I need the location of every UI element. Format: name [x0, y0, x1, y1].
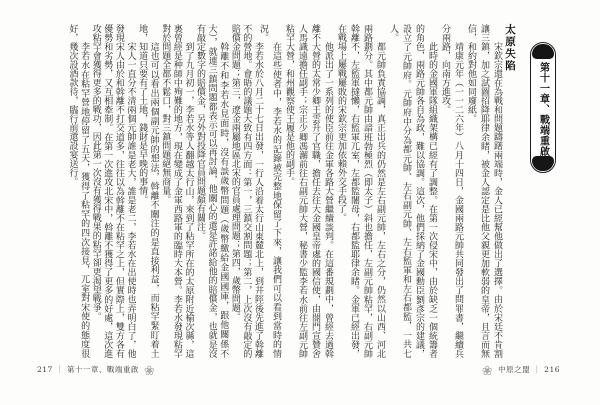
paragraph: 李若水於八月二十七日出發，一行人沿着太行山東麓北上，到井陘後先進了斡離不的營地。…: [228, 24, 263, 358]
paragraph: 宋欽宗還在為戰和問題躊躇兩端時，金人已經幫他做出了選擇。由於宋廷不肯割讓三鎮，加…: [464, 24, 503, 358]
footer-separator: ｜: [56, 365, 64, 374]
paragraph: 到了九月初一，李若水等人翻越太行山，來到了粘罕所在的太原附近榆次縣，這裏曾經是种…: [159, 24, 194, 358]
paragraph: 這也可以看出兩個副元帥的想法，斡離不關注的是直接利益，而粘罕緊盯着土地，知道只要…: [135, 24, 158, 358]
paragraph: 此時的金國軍隊組織架構已經有了調整。在第一次侵宋中，由於缺乏一個統籌者的角色，兩…: [386, 24, 438, 358]
paragraph: 李若水在粘罕營地停留了五天，獲得了粘罕的四次接見，兀室對宋使的態度很好，幾次設酒…: [66, 24, 89, 358]
cartouche-top-cap: [532, 44, 554, 59]
left-page-text: 李若水於八月二十七日出發，一行人沿着太行山東麓北上，到井陘後先進了斡離不的營地。…: [85, 24, 263, 358]
book-spread: 第十一章、戰端重啟 太原失陷 宋欽宗還在為戰和問題躊躇兩端時，金人已經幫他做出了…: [0, 0, 600, 405]
footer-separator: ｜: [533, 365, 541, 374]
chapter-title: 第十一章、戰端重啟: [536, 62, 551, 153]
paragraph: 都元帥負責協調，真正出兵的仍然是左右副元帥，左右之分，仍然以山西、河北兩路劃分。…: [334, 24, 386, 358]
footer-chapter-title: 第十一章、戰端重啟: [67, 365, 139, 374]
cartouche-bottom-cap: [532, 156, 554, 171]
right-page-footer: ❀中原之盟｜216: [482, 364, 560, 379]
paragraph: 宋人一直分不清兩個元帥誰是老大，誰是老二，李若水在出使時也弄明白了，他發現宋人由…: [89, 24, 135, 358]
paragraph: 靖康元年（一一二六年）八月十四日，金國兩路元帥共同發出了問罪書，繼續兵分兩路，向…: [438, 24, 464, 358]
footer-book-title: 中原之盟: [498, 365, 530, 374]
right-page-number: 216: [544, 365, 560, 374]
flower-icon: ❀: [482, 364, 493, 379]
paragraph: 斡離不和李若水見面時，沒有談歲幣問題（歲幣繳給金國國庫，跟他關係不大），就連三鎮…: [193, 24, 228, 358]
left-page-footer: 217｜第十一章、戰端重啟❀: [37, 364, 155, 379]
right-page-text: 太原失陷 宋欽宗還在為戰和問題躊躇兩端時，金人已經幫他做出了選擇。由於宋廷不肯割…: [314, 24, 516, 358]
chapter-cartouche: 第十一章、戰端重啟: [530, 42, 556, 173]
section-header: 太原失陷: [503, 24, 516, 358]
flower-icon: ❀: [144, 364, 155, 379]
paragraph: 他派出了一系列的使臣前往金軍各路大營繼續談判。在這番規劃中，曾經去過斡離不大營的…: [282, 24, 334, 358]
left-page-number: 217: [37, 365, 53, 374]
